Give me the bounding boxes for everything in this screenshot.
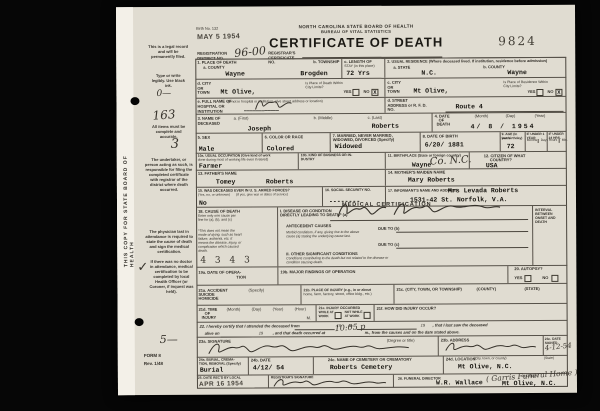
last-name-label: c. (Last) bbox=[368, 116, 382, 121]
name-section-label2: DECEASED bbox=[198, 122, 220, 127]
township-value: Brogden bbox=[300, 70, 327, 77]
place-of-injury-label2: home, farm, factory, street, office bldg… bbox=[303, 292, 371, 296]
mother-name-value: Mary Roberts bbox=[408, 176, 455, 183]
margin-note-physician: The physician last in attendance is requ… bbox=[145, 229, 193, 254]
yes-label: YES bbox=[527, 90, 535, 95]
burial-date-label: 24b. DATE bbox=[251, 358, 271, 363]
injury-day-label: (Day) bbox=[252, 307, 262, 312]
margin-note-legal: This is a legal record and will be perma… bbox=[146, 44, 190, 59]
cemetery-value: Roberts Cemetery bbox=[330, 364, 392, 371]
form-revision: Rev. 1/48 bbox=[144, 361, 163, 366]
marital-value: Widowed bbox=[335, 143, 362, 150]
father-last-value: Roberts bbox=[266, 178, 293, 185]
hours-label: Hours bbox=[549, 139, 558, 143]
band-accident: 21a. ACCIDENT SUICIDE HOMICIDE (Specify)… bbox=[196, 283, 567, 305]
yes-label: YES bbox=[343, 90, 351, 95]
dob-value: 6/20/ 1881 bbox=[425, 141, 464, 148]
dod-month-label: (Month) bbox=[475, 114, 489, 119]
min-label: Min. bbox=[559, 139, 568, 143]
cause-star-note: *This does not mean the mode of dying, s… bbox=[198, 230, 242, 254]
armed-forces-value: No bbox=[199, 200, 207, 207]
band-personal: 5. SEX Male 6. COLOR OR RACE Colored 7. … bbox=[196, 131, 567, 153]
burial-location-label: 24d. LOCATION bbox=[446, 357, 476, 362]
death-limits-no-checkbox: X bbox=[371, 89, 378, 96]
middle-name-label: b. (Middle) bbox=[314, 116, 333, 121]
death-county-value: Wayne bbox=[225, 71, 245, 78]
yes-label: YES bbox=[514, 276, 522, 281]
not-while-at-work-checkbox bbox=[364, 312, 371, 319]
armed-forces-note1: (Yes, no, or unknown) bbox=[198, 194, 230, 198]
band-name-dod: 3. NAME OF DECEASED a. (First) Joseph b.… bbox=[196, 112, 567, 133]
certify-text-3: alive on bbox=[205, 332, 220, 337]
cause-note: Enter only one cause per line for (a), (… bbox=[198, 215, 238, 223]
how-injury-label: 21f. HOW DID INJURY OCCUR? bbox=[377, 307, 437, 312]
band-registrar: 25. DATE REC'D BY LOCAL APR 16 1954 REGI… bbox=[197, 373, 568, 389]
cemetery-label: 24c. NAME OF CEMETERY OR CREMATORY bbox=[328, 358, 412, 363]
operation-date-label: 19a. DATE OF OPERA- bbox=[198, 271, 241, 276]
band-time-of-injury: 21d. TIME OF INJURY (Month) (Day) (Year)… bbox=[197, 303, 568, 322]
burial-state-note: (State) bbox=[544, 357, 554, 361]
ssn-label: 16. SOCIAL SECURITY NO. bbox=[325, 188, 371, 192]
registrar-signature-scrawl bbox=[271, 376, 389, 390]
residence-state-label: a. STATE bbox=[393, 66, 410, 71]
dod-label3: DEATH bbox=[437, 122, 451, 127]
funeral-address-label: ADDRESS bbox=[522, 375, 538, 379]
residence-county-value: Wayne bbox=[507, 69, 527, 76]
informant-name-value: Mrs Levada Roberts bbox=[448, 187, 518, 194]
band-hospital-street: e. FULL NAME OF (If not in hospital or i… bbox=[195, 96, 566, 114]
dod-day-label: (Day) bbox=[506, 114, 516, 119]
certify-19-2: 19 bbox=[421, 324, 425, 329]
certify-19-3: 19 bbox=[259, 331, 263, 336]
birthplace-handwriting: Co. N.C. bbox=[430, 154, 472, 167]
margin-note-type: Type or write legibly. Use black ink. bbox=[149, 73, 187, 88]
residence-city-label: c. CITY OR TOWN bbox=[387, 81, 403, 95]
margin-handwriting-163: 163 bbox=[152, 107, 176, 123]
band-city-town: d. CITY OR TOWN Mt Olive, Is Place of De… bbox=[195, 77, 566, 98]
burial-location-note: (City, town, or county) bbox=[474, 357, 507, 361]
certify-text-1: 22. I hereby certify that I attended the… bbox=[200, 324, 300, 329]
dod-value: 4/ 8 / 1954 bbox=[471, 123, 536, 130]
margin-note-items: All items must be complete and accurate. bbox=[147, 124, 191, 139]
age-value: 72 bbox=[507, 143, 515, 150]
date-signed-handwriting: 4-12-54 bbox=[544, 341, 572, 352]
certificate-number: 9824 bbox=[498, 34, 537, 48]
age-label2: last birthday) bbox=[502, 137, 523, 141]
length-of-stay-label2: STAY (in this place) bbox=[344, 64, 374, 68]
autopsy-label: 20. AUTOPSY? bbox=[514, 267, 542, 272]
death-time-handwriting: 10:05 p bbox=[334, 322, 365, 333]
township-label: b. TOWNSHIP bbox=[313, 60, 339, 65]
street-address-label: d. STREET ADDRESS or R. F. D. NO. bbox=[387, 99, 427, 113]
cause-code-handwriting: 4 3 4 3 bbox=[200, 255, 253, 265]
no-label: NO bbox=[363, 90, 369, 95]
hole-punch-bottom bbox=[135, 318, 144, 326]
margin-handwriting-5: 5— bbox=[160, 333, 178, 346]
morbid-note: Morbid conditions, if any, giving rise t… bbox=[286, 231, 366, 239]
dod-year-label: (Year) bbox=[535, 114, 546, 119]
dob-label: 8. DATE OF BIRTH bbox=[423, 134, 458, 139]
months-label: Months bbox=[527, 139, 537, 143]
injury-city-label: 21c. (CITY, TOWN, OR TOWNSHIP) bbox=[396, 287, 461, 292]
first-name-label: a. (First) bbox=[234, 117, 249, 122]
address-scrawl bbox=[443, 339, 539, 355]
no-label: NO bbox=[547, 90, 553, 95]
margin-note-undertaker: The undertaker, or person acting as such… bbox=[145, 157, 193, 192]
specify-label: (Specify) bbox=[248, 288, 264, 293]
marital-label2: WIDOWED, DIVORCED (Specify) bbox=[333, 138, 395, 143]
band-cause-of-death: 18. CAUSE OF DEATH Enter only one cause … bbox=[196, 205, 567, 267]
homicide-label: HOMICIDE bbox=[199, 297, 219, 302]
time-of-injury-label3: INJURY bbox=[202, 316, 217, 321]
birth-no-label: Birth No. 132 bbox=[196, 27, 218, 31]
death-city-value: Mt Olive, bbox=[220, 88, 255, 95]
usual-residence-section-label: 2. USUAL RESIDENCE (Where deceased lived… bbox=[387, 59, 547, 64]
due-c-line bbox=[396, 246, 528, 249]
business-label2: DUSTRY bbox=[301, 158, 315, 162]
mother-name-label: 14. MOTHER'S MAIDEN NAME bbox=[388, 170, 445, 175]
armed-forces-note2: (If yes, give war or dates of service) bbox=[236, 193, 288, 197]
band-occupation: 10a. USUAL OCCUPATION (Give kind of work… bbox=[196, 151, 567, 170]
burial-value: Burial bbox=[200, 367, 223, 374]
injury-county-label: (COUNTY) bbox=[476, 287, 496, 292]
residence-state-value: N.C. bbox=[421, 70, 437, 77]
form-number: FORM 8 bbox=[144, 353, 161, 358]
operation-date-label2: TION bbox=[236, 276, 246, 281]
antecedent-label: ANTECEDENT CAUSES bbox=[286, 224, 331, 229]
funeral-address-value: Mt Olive, N.C. bbox=[502, 380, 557, 387]
margin-note-doctor: If there was no doctor in attendance, me… bbox=[149, 259, 193, 294]
margin-checkmark: ✓ bbox=[137, 260, 148, 275]
funeral-director-label: 26. FUNERAL DIRECTOR bbox=[398, 377, 441, 381]
certify-text-2: , that I last saw the deceased bbox=[433, 323, 488, 328]
injury-month-label: (Month) bbox=[227, 308, 241, 313]
interval-label: INTERVAL BETWEEN ONSET AND DEATH bbox=[535, 208, 565, 224]
margin-handwriting-zero: 0— bbox=[156, 89, 171, 99]
death-limits-yes-checkbox bbox=[352, 89, 359, 96]
injury-year-label: (Year) bbox=[273, 307, 284, 312]
injury-hour-label: (Hour) bbox=[295, 307, 306, 312]
while-at-work-label2: WORK bbox=[319, 315, 329, 319]
hospital-handwriting-scrawl bbox=[253, 96, 293, 112]
funeral-director-value: W.R. Wallace bbox=[436, 379, 483, 386]
injury-m-label: M. bbox=[307, 316, 311, 321]
other-conditions-note: Conditions contributing to the death but… bbox=[286, 257, 396, 265]
residence-city-value: Mt Olive, bbox=[413, 87, 448, 94]
not-while-label2: AT WORK bbox=[345, 315, 360, 319]
hole-punch-top bbox=[130, 97, 139, 105]
death-city-label: d. CITY OR TOWN bbox=[197, 82, 213, 96]
margin-vertical-text: THIS COPY FOR STATE BOARD OF HEALTH bbox=[123, 152, 136, 267]
residence-limits-yes-checkbox bbox=[536, 89, 543, 96]
father-first-value: Tomey bbox=[216, 179, 236, 186]
autopsy-yes-checkbox bbox=[524, 275, 531, 282]
document-title: CERTIFICATE OF DEATH bbox=[256, 35, 456, 51]
band-parents: 13. FATHER'S NAME Tomey Roberts 14. MOTH… bbox=[196, 168, 567, 187]
burial-date-value: 4/12/ 54 bbox=[253, 364, 284, 371]
major-findings-label: 19b. MAJOR FINDINGS OF OPERATION bbox=[280, 270, 355, 275]
death-certificate-document: THIS COPY FOR STATE BOARD OF HEALTH This… bbox=[116, 5, 577, 395]
due-b-line bbox=[396, 230, 528, 233]
band-operation: 19a. DATE OF OPERA- TION 19b. MAJOR FIND… bbox=[196, 265, 567, 285]
date-received-stamp: APR 16 1954 bbox=[199, 380, 244, 388]
father-name-label: 13. FATHER'S NAME bbox=[198, 172, 237, 177]
residence-limits-question: Is Place of Residence Within City Limits… bbox=[503, 80, 549, 88]
band-signature: 23a. SIGNATURE (Degree or title) 23b. AD… bbox=[197, 335, 568, 357]
band-place-residence: 1. PLACE OF DEATH a. COUNTY Wayne b. TOW… bbox=[195, 57, 566, 79]
county-label: a. COUNTY bbox=[203, 66, 224, 71]
while-at-work-checkbox bbox=[335, 312, 342, 319]
last-name-value: Roberts bbox=[372, 123, 399, 130]
sex-label: 5. SEX bbox=[198, 136, 210, 141]
received-date-stamp: MAY 5 1954 bbox=[197, 33, 240, 41]
length-of-stay-value: 72 Yrs bbox=[346, 70, 369, 77]
injury-state-label: (STATE) bbox=[524, 287, 539, 292]
residence-limits-no-checkbox: X bbox=[555, 89, 562, 96]
residence-county-label: b. COUNTY bbox=[483, 65, 505, 70]
autopsy-no-checkbox bbox=[551, 275, 558, 282]
cause-of-death-scrawl bbox=[334, 198, 504, 221]
no-label: NO bbox=[542, 276, 548, 281]
burial-location-value: Mt Olive, N.C. bbox=[458, 363, 513, 370]
race-label: 6. COLOR OR RACE bbox=[265, 135, 303, 140]
death-limits-question: Is Place of Death Within City Limits? bbox=[305, 81, 349, 89]
margin-handwriting-3: 3 bbox=[171, 137, 179, 152]
